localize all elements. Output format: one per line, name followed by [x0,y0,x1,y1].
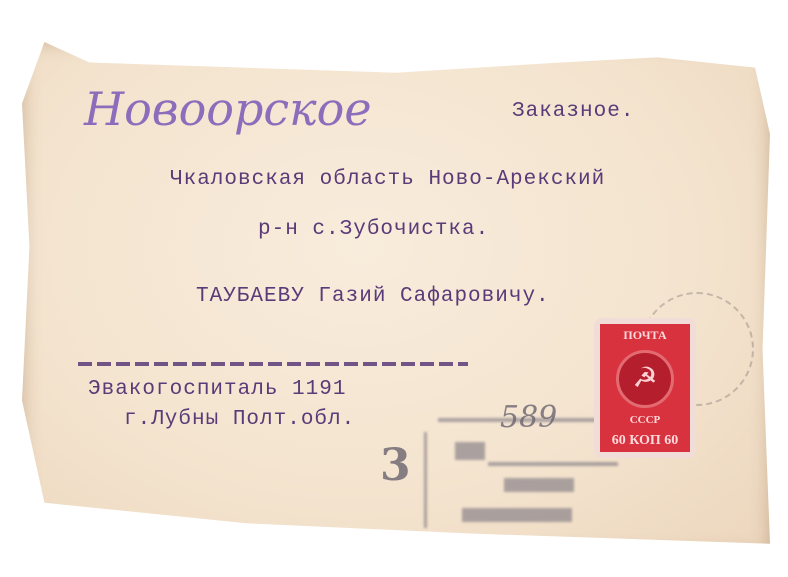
pencil-stroke [488,462,618,466]
pencil-stroke [424,432,427,528]
handwritten-destination: Новоорское [84,82,372,136]
sender-line-2: г.Лубны Полт.обл. [124,408,355,431]
pencil-smudge [455,442,485,460]
address-line-2: р-н с.Зубочистка. [258,218,489,241]
pencil-smudge [504,478,574,492]
pencil-smudge [462,508,572,522]
stamp-country: СССР [630,414,661,426]
sender-line-1: Эвакогоспиталь 1191 [88,378,346,401]
stamp-value: 60 КОП 60 [612,433,679,449]
address-line-1: Чкаловская область Ново-Арекский [170,168,605,191]
registered-label: Заказное. [512,100,634,123]
dashed-separator [78,362,468,366]
postage-stamp: ПОЧТА СССР 60 КОП 60 [594,318,696,458]
hammer-sickle-emblem-icon [616,350,674,408]
recipient-name: ТАУБАЕВУ Газий Сафаровичу. [196,285,550,308]
stamp-top-text: ПОЧТА [623,328,666,343]
pencil-mark: 3 [380,440,411,491]
pencil-number: 589 [500,400,557,435]
